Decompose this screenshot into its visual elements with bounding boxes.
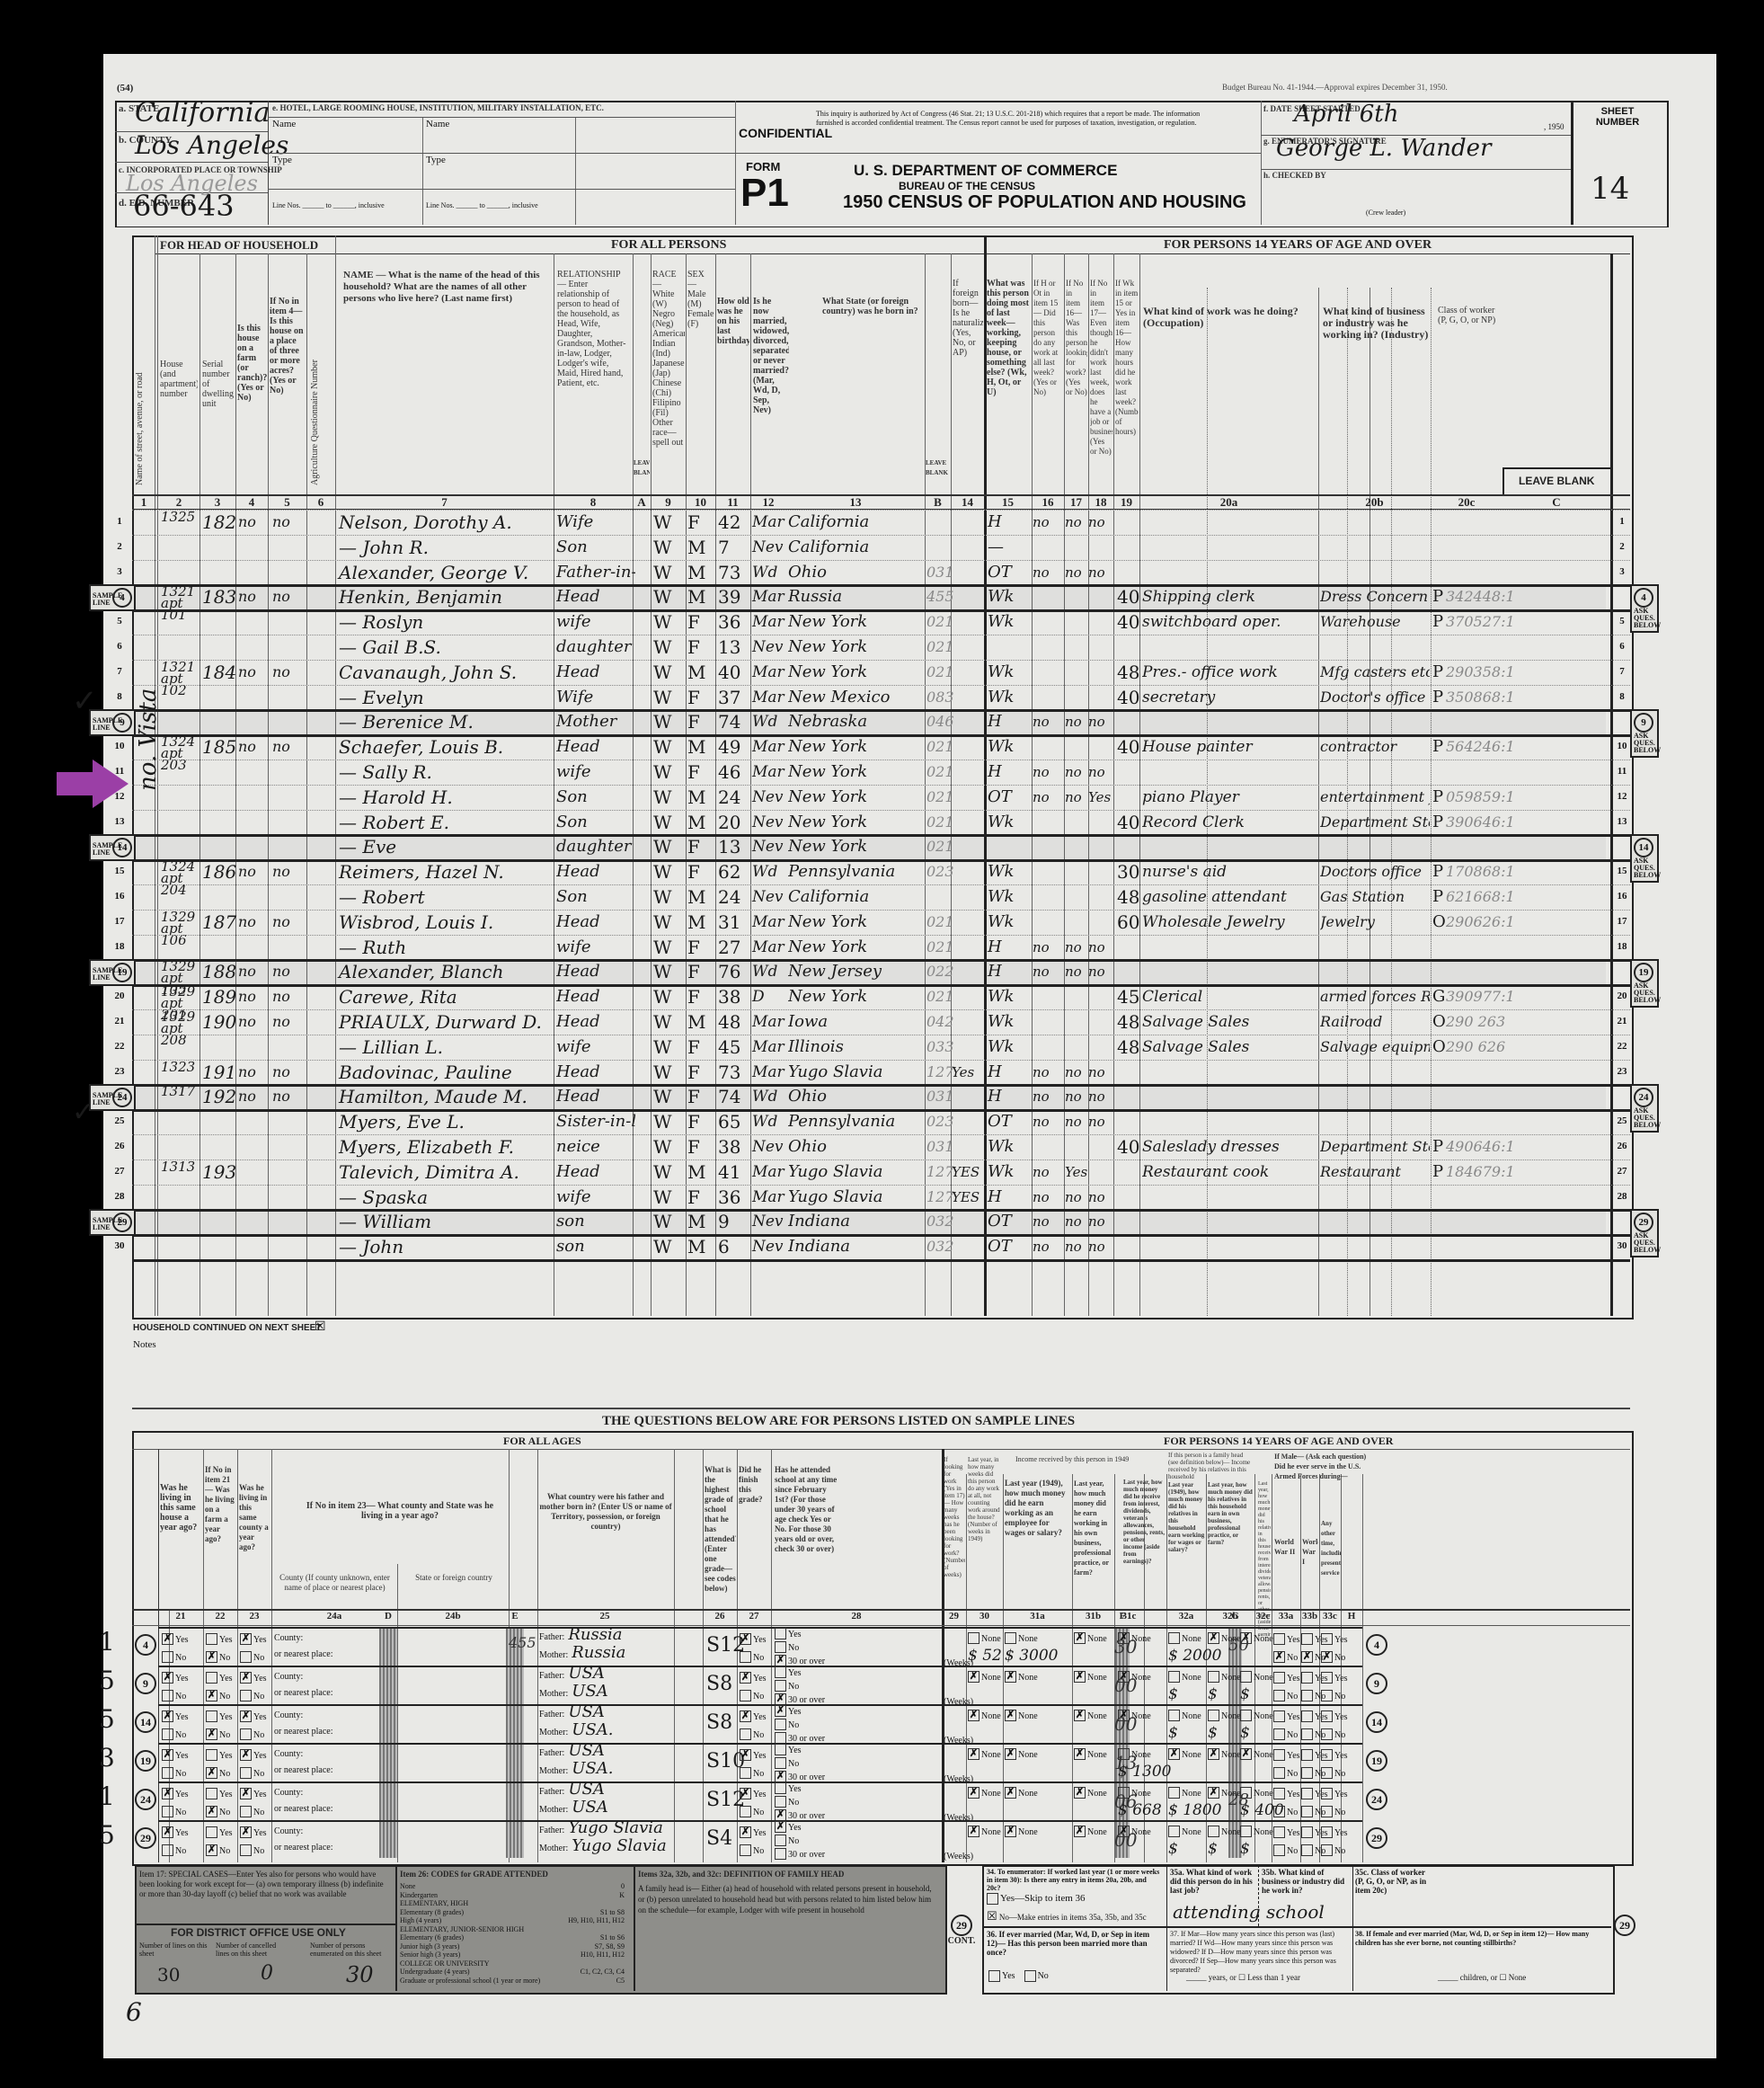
age: 37 <box>718 687 750 708</box>
num-lines-label: Number of lines on this sheet <box>139 1941 211 1958</box>
birthplace-code: 021 <box>926 636 952 658</box>
birthplace-code: 021 <box>926 736 952 758</box>
birthplace: California <box>788 537 926 558</box>
industry-code: 290626:1 <box>1446 911 1522 933</box>
q27-finished-grade[interactable]: ✗YesNo <box>740 1669 767 1705</box>
birthplace-code: 022 <box>926 961 952 982</box>
q22-header: If No in item 21— Was he living on a far… <box>205 1465 236 1544</box>
acres-answer: no <box>272 511 308 533</box>
line-number-right: 17 <box>1611 916 1633 927</box>
line-number-right: 1 <box>1611 516 1633 527</box>
line-number: 2 <box>109 541 130 552</box>
naturalized: Yes <box>952 1062 984 1083</box>
worked-last-week: no <box>1033 1086 1065 1107</box>
q32a-relatives-wages[interactable]: None$ <box>1168 1823 1201 1858</box>
q32c-relatives-other[interactable]: None$ <box>1240 1707 1273 1742</box>
looking-for-work: no <box>1065 1186 1088 1208</box>
race: W <box>653 786 686 808</box>
worked-last-week: no <box>1033 786 1065 808</box>
line-number: 16 <box>109 891 130 902</box>
checked-label: h. CHECKED BY <box>1263 171 1326 180</box>
q27-finished-grade[interactable]: ✗YesNo <box>740 1824 767 1860</box>
sheet-number: 14 <box>1591 171 1629 207</box>
q30-weeks-worked[interactable]: ✗None <box>968 1746 1001 1764</box>
q32b-relatives-business[interactable]: None$ <box>1208 1823 1241 1858</box>
sample-line-tag: SAMPLE LINE4 <box>89 584 136 611</box>
industry: Dress Concern <box>1320 586 1430 608</box>
q23-checkbox[interactable]: ✗YesNo <box>240 1785 267 1821</box>
q32c-relatives-other[interactable]: None$ <box>1240 1823 1273 1858</box>
inst-lines-label-2: Line Nos. ______ to ______, inclusive <box>426 201 538 209</box>
col-num-12: 12 <box>750 495 786 510</box>
activity: Wk <box>988 662 1033 683</box>
ask-below-tag: 14ASK QUES. BELOW <box>1630 834 1659 883</box>
industry: Doctor's office <box>1320 687 1430 708</box>
sex: M <box>687 537 714 558</box>
line-number-right: 12 <box>1611 791 1633 802</box>
q36-yes-checkbox[interactable] <box>988 1970 1000 1982</box>
dwelling-number: 193 <box>202 1161 238 1183</box>
acres-answer: no <box>272 911 308 933</box>
q24a-county-field[interactable]: County:or nearest place: <box>274 1746 333 1778</box>
occupation: Salvage Sales <box>1142 1011 1318 1033</box>
occupation: Wholesale Jewelry <box>1142 911 1318 933</box>
activity: Wk <box>988 1136 1033 1158</box>
farm-answer: no <box>238 586 270 608</box>
q21-checkbox[interactable]: ✗YesNo <box>162 1785 189 1821</box>
worked-last-week: no <box>1033 1062 1065 1083</box>
dwelling-number: 183 <box>202 586 238 608</box>
q22-checkbox[interactable]: Yes✗No <box>206 1824 233 1860</box>
sex: F <box>687 986 714 1008</box>
q31b-business-income[interactable]: ✗None <box>1074 1630 1107 1648</box>
q34-yes-checkbox[interactable] <box>987 1893 998 1905</box>
birthplace-code: 046 <box>926 711 952 733</box>
col-num-20c: 20c <box>1431 495 1503 510</box>
col-13-header: What State (or foreign country) was he b… <box>822 297 921 316</box>
age: 40 <box>718 662 750 683</box>
activity: Wk <box>988 986 1033 1008</box>
q27-finished-grade[interactable]: ✗YesNo <box>740 1708 767 1744</box>
industry: Restaurant <box>1320 1161 1430 1183</box>
q37-answer-line[interactable]: _____ years, or ☐ Less than 1 year <box>1186 1973 1300 1983</box>
q33a-ww2[interactable]: YesNo <box>1273 1785 1300 1821</box>
dwelling-number: 182 <box>202 511 238 533</box>
worked-last-week: no <box>1033 1236 1065 1257</box>
hours-worked: 30 <box>1117 861 1144 883</box>
q34-no[interactable]: ☒ No—Make entries in items 35a, 35b, and… <box>987 1909 1147 1924</box>
institution-label: e. HOTEL, LARGE ROOMING HOUSE, INSTITUTI… <box>272 103 604 112</box>
col-num-18: 18 <box>1088 495 1113 510</box>
household-continued-checkbox[interactable]: ☒ <box>315 1319 326 1335</box>
birthplace-code: 023 <box>926 1111 952 1133</box>
highest-grade: S4 <box>706 1827 732 1850</box>
q31a-wages[interactable]: ✗None <box>1005 1707 1038 1725</box>
person-name: — Lillian L. <box>339 1036 554 1058</box>
industry-code: 290358:1 <box>1446 662 1522 683</box>
crew-leader-label: (Crew leader) <box>1366 209 1405 217</box>
sample-col-num: 33b <box>1300 1611 1319 1622</box>
race: W <box>653 1086 686 1107</box>
q30-weeks-worked[interactable]: None$ 52 <box>968 1630 1002 1665</box>
table-row: 1313— Robert E.SonWM20NevNew York021Wk40… <box>132 810 1606 835</box>
q22-checkbox[interactable]: Yes✗No <box>206 1669 233 1705</box>
section-all-persons: FOR ALL PERSONS <box>611 238 726 253</box>
q31a-wages[interactable]: ✗None <box>1005 1823 1038 1841</box>
dwelling-number: 186 <box>202 861 238 883</box>
birthplace: Iowa <box>788 1011 926 1033</box>
relationship: daughter <box>556 636 635 658</box>
sample-col-num: 27 <box>737 1611 771 1622</box>
has-job: no <box>1088 961 1113 982</box>
q24a-county-field[interactable]: County:or nearest place: <box>274 1784 333 1817</box>
activity: Wk <box>988 1036 1033 1058</box>
q33a-ww2[interactable]: Yes✗No <box>1273 1630 1300 1666</box>
q31a-wages[interactable]: None$ 3000 <box>1005 1630 1059 1665</box>
grade-code-item: COLLEGE OR UNIVERSITY <box>400 1959 625 1968</box>
industry: entertainment field <box>1320 786 1430 808</box>
age: 49 <box>718 736 750 758</box>
person-name: — Berenice M. <box>339 711 554 733</box>
relationship: Head <box>556 986 635 1008</box>
q21-checkbox[interactable]: ✗YesNo <box>162 1708 189 1744</box>
q28-attended-school[interactable]: YesNo✗30 or over <box>775 1781 825 1822</box>
q28-attended-school[interactable]: YesNo✗30 or over <box>775 1743 825 1783</box>
table-row: 1818— RuthwifeWF27MarNew York021Hnonono <box>132 935 1606 960</box>
q32a-relatives-wages[interactable]: None$ <box>1168 1707 1201 1742</box>
q30-header: Last year, in how many weeks did this pe… <box>968 1456 1002 1542</box>
age: 41 <box>718 1161 750 1183</box>
dwelling-number: 189 <box>202 986 238 1008</box>
q24a-county-field[interactable]: County:or nearest place: <box>274 1707 333 1739</box>
q32a-relatives-wages[interactable]: None$ <box>1168 1668 1201 1703</box>
relationship: Head <box>556 861 635 883</box>
q23-checkbox[interactable]: ✗YesNo <box>240 1708 267 1744</box>
person-name: — Robert <box>339 886 554 908</box>
race: W <box>653 1062 686 1083</box>
highest-grade: S8 <box>706 1711 732 1734</box>
relationship: Head <box>556 586 635 608</box>
birthplace: California <box>788 511 926 533</box>
sample-col-num: G <box>1228 1611 1242 1622</box>
hours-worked: 48 <box>1117 886 1144 908</box>
industry-code: 184679:1 <box>1446 1161 1522 1183</box>
race: W <box>653 636 686 658</box>
line-number-right: 28 <box>1611 1191 1633 1202</box>
grade-code-item: Junior high (3 years)S7, S8, S9 <box>400 1942 625 1951</box>
sex: F <box>687 711 714 733</box>
sample-line-circle-right: 9 <box>1366 1673 1387 1694</box>
q32b-relatives-business[interactable]: ✗None <box>1208 1746 1241 1764</box>
person-name: — Sally R. <box>339 761 554 783</box>
birthplace-code: 021 <box>926 836 952 857</box>
q21-checkbox[interactable]: ✗YesNo <box>162 1630 189 1666</box>
birthplace: New York <box>788 736 926 758</box>
q22-checkbox[interactable]: Yes✗No <box>206 1630 233 1666</box>
sex: F <box>687 636 714 658</box>
race: W <box>653 1236 686 1257</box>
family-head-text: A family head is— Either (a) head of hou… <box>638 1883 939 1915</box>
q24a-county-field[interactable]: County:or nearest place: <box>274 1668 333 1701</box>
q32a-relatives-wages[interactable]: ✗None <box>1168 1746 1201 1764</box>
industry: Gas Station <box>1320 886 1430 908</box>
occupation: Clerical <box>1142 986 1318 1008</box>
q22-checkbox[interactable]: Yes✗No <box>206 1785 233 1821</box>
q31b-business-income[interactable]: ✗None <box>1074 1746 1107 1764</box>
col-num-16: 16 <box>1032 495 1064 510</box>
table-row: 2525Myers, Eve L.Sister-in-lawWF65WdPenn… <box>132 1109 1606 1134</box>
marital-status: Mar <box>752 937 788 958</box>
age: 45 <box>718 1036 750 1058</box>
col-num-14: 14 <box>951 495 984 510</box>
marital-status: Nev <box>752 886 788 908</box>
race: W <box>653 1136 686 1158</box>
marital-status: Mar <box>752 511 788 533</box>
relationship: son <box>556 1236 635 1257</box>
house-number: 1325 <box>161 511 201 523</box>
q33c-other-service[interactable]: YesNo <box>1321 1785 1348 1821</box>
q32c-relatives-other[interactable]: None$ <box>1240 1668 1273 1703</box>
col-C-header: LEAVE BLANK <box>1519 475 1594 487</box>
q33c-other-service[interactable]: YesNo <box>1321 1708 1348 1744</box>
q23-checkbox[interactable]: ✗YesNo <box>240 1746 267 1782</box>
sex: F <box>687 1062 714 1083</box>
q32b-relatives-business[interactable]: None$ <box>1208 1668 1241 1703</box>
notes-label: Notes <box>133 1339 156 1350</box>
q31a-wages[interactable]: ✗None <box>1005 1746 1038 1764</box>
q28-attended-school[interactable]: YesNo✗30 or over <box>775 1627 825 1667</box>
q23-checkbox[interactable]: ✗YesNo <box>240 1669 267 1705</box>
form-number: P1 <box>740 171 789 216</box>
q33a-ww2[interactable]: YesNo <box>1273 1746 1300 1782</box>
birthplace: New York <box>788 761 926 783</box>
q33c-other-service[interactable]: Yes✗No <box>1321 1630 1348 1666</box>
race: W <box>653 986 686 1008</box>
q27-finished-grade[interactable]: ✗YesNo <box>740 1746 767 1782</box>
sample-col-num: H <box>1341 1611 1362 1622</box>
q32b-header: Last year, how much money did his relati… <box>1208 1481 1253 1546</box>
worked-last-week: no <box>1033 711 1065 733</box>
industry: Jewelry <box>1320 911 1430 933</box>
mother-birthplace: Mother: Yugo Slavia <box>539 1836 667 1855</box>
sex: F <box>687 611 714 633</box>
sample-col-num: F <box>1115 1611 1130 1622</box>
sex: F <box>687 961 714 982</box>
age: 27 <box>718 937 750 958</box>
activity: Wk <box>988 736 1033 758</box>
cont-marker: 29 CONT. <box>945 1915 978 1946</box>
sample-row: 514✗YesNoYes✗No✗YesNoCounty:or nearest p… <box>0 1704 1764 1743</box>
acres-answer: no <box>272 861 308 883</box>
birthplace-code: 127 <box>926 1062 952 1083</box>
q31a-wages[interactable]: ✗None <box>1005 1668 1038 1686</box>
birthplace-code: 042 <box>926 1011 952 1033</box>
person-name: — Robert E. <box>339 812 554 833</box>
q24a-header: County (If county unknown, enter name of… <box>274 1573 395 1593</box>
birthplace-code: 032 <box>926 1211 952 1232</box>
farm-answer: no <box>238 1086 270 1107</box>
q33c-other-service[interactable]: YesNo <box>1321 1824 1348 1860</box>
age: 13 <box>718 836 750 857</box>
q32c-relatives-other[interactable]: ✗None <box>1240 1746 1273 1764</box>
col-num-1: 1 <box>135 495 153 510</box>
industry: Salvage equipment <box>1320 1036 1430 1058</box>
has-job: no <box>1088 1111 1113 1133</box>
activity: Wk <box>988 1011 1033 1033</box>
col-20b-header: What kind of business or industry was he… <box>1323 306 1431 341</box>
q33a-ww2[interactable]: YesNo <box>1273 1669 1300 1705</box>
q33a-ww2[interactable]: YesNo <box>1273 1824 1300 1860</box>
age: 7 <box>718 537 750 558</box>
col-7-header: NAME — What is the name of the head of t… <box>343 270 550 305</box>
q30-weeks-worked[interactable]: ✗None <box>968 1707 1001 1725</box>
sample-col-num: 31a <box>1003 1611 1072 1622</box>
q28-attended-school[interactable]: ✗YesNo30 or over <box>775 1704 825 1745</box>
line-number-right: 5 <box>1611 616 1633 626</box>
marital-status: Nev <box>752 1211 788 1232</box>
grade-code-item: Undergraduate (4 years)C1, C2, C3, C4 <box>400 1968 625 1977</box>
birthplace: New York <box>788 662 926 683</box>
q31b-business-income[interactable]: ✗None <box>1074 1707 1107 1725</box>
birthplace: Ohio <box>788 562 926 583</box>
person-name: — Harold H. <box>339 786 554 808</box>
q22-checkbox[interactable]: Yes✗No <box>206 1708 233 1744</box>
worked-last-week: no <box>1033 1111 1065 1133</box>
q30-weeks-worked[interactable]: ✗None <box>968 1823 1001 1841</box>
q34-no-checkbox[interactable]: ☒ <box>987 1909 997 1923</box>
code-F: 30 <box>1114 1636 1137 1657</box>
sample-line-tag: SAMPLE LINE19 <box>89 959 136 986</box>
acres-answer: no <box>272 586 308 608</box>
q27-finished-grade[interactable]: ✗YesNo <box>740 1785 767 1821</box>
industry-code: 342448:1 <box>1446 586 1522 608</box>
sex: M <box>687 562 714 583</box>
q34-yes[interactable]: Yes—Skip to item 36 <box>987 1893 1086 1905</box>
q31a-wages[interactable]: ✗None <box>1005 1784 1038 1802</box>
sample-col-num: 21 <box>158 1611 203 1622</box>
activity: H <box>988 1186 1033 1208</box>
birthplace: Russia <box>788 586 926 608</box>
table-row: 27271313193Talevich, Dimitra A.HeadWM41M… <box>132 1160 1606 1185</box>
industry-code: 170868:1 <box>1446 861 1522 883</box>
q30-weeks-worked[interactable]: ✗None <box>968 1784 1001 1802</box>
form-code: (54) <box>117 83 133 93</box>
looking-for-work: no <box>1065 511 1088 533</box>
q24a-county-field[interactable]: County:or nearest place: <box>274 1823 333 1855</box>
farm-answer: no <box>238 662 270 683</box>
person-name: Hamilton, Maude M. <box>339 1086 554 1107</box>
q30-weeks-worked[interactable]: ✗None <box>968 1668 1001 1686</box>
sex: F <box>687 687 714 708</box>
farm-answer: no <box>238 861 270 883</box>
race: W <box>653 511 686 533</box>
has-job: no <box>1088 1211 1113 1232</box>
age: 74 <box>718 711 750 733</box>
looking-for-work: no <box>1065 937 1088 958</box>
farm-answer: no <box>238 986 270 1008</box>
q21-checkbox[interactable]: ✗YesNo <box>162 1746 189 1782</box>
q24a-county-field[interactable]: County:or nearest place: <box>274 1630 333 1662</box>
line-number-right: 23 <box>1611 1066 1633 1077</box>
farm-answer: no <box>238 1011 270 1033</box>
relationship: wife <box>556 1036 635 1058</box>
q36-no-checkbox[interactable] <box>1024 1970 1036 1982</box>
q33a-ww2[interactable]: YesNo <box>1273 1708 1300 1744</box>
num-lines-value: 30 <box>157 1964 180 1986</box>
q21-checkbox[interactable]: ✗YesNo <box>162 1669 189 1705</box>
q21-checkbox[interactable]: ✗YesNo <box>162 1824 189 1860</box>
q33b-header: World War I <box>1302 1537 1318 1567</box>
date-value: April 6th <box>1294 101 1398 128</box>
naturalized: YES <box>952 1186 984 1208</box>
table-row: 33Alexander, George V.Father-in-lawWM73W… <box>132 560 1606 585</box>
relationship: Sister-in-law <box>556 1111 635 1133</box>
q38-answer-line[interactable]: _____ children, or ☐ None <box>1438 1973 1526 1983</box>
col-num-C: C <box>1503 495 1610 510</box>
line-number-right: 15 <box>1611 866 1633 876</box>
q31b-business-income[interactable]: ✗None <box>1074 1823 1107 1841</box>
line-number: 30 <box>109 1240 130 1251</box>
birthplace: Ohio <box>788 1086 926 1107</box>
relationship: Head <box>556 662 635 683</box>
race: W <box>653 1111 686 1133</box>
ask-below-tag: 4ASK QUES. BELOW <box>1630 584 1659 633</box>
q22-checkbox[interactable]: Yes✗No <box>206 1746 233 1782</box>
activity: OT <box>988 1236 1033 1257</box>
industry-code: 621668:1 <box>1446 886 1522 908</box>
q23-checkbox[interactable]: ✗YesNo <box>240 1630 267 1666</box>
code-E: 455 <box>509 1634 536 1652</box>
q28-attended-school[interactable]: YesNo✗30 or over <box>775 1666 825 1706</box>
marital-status: Nev <box>752 836 788 857</box>
ed-value: 66-643 <box>133 189 235 223</box>
q33c-other-service[interactable]: YesNo <box>1321 1746 1348 1782</box>
ask-below-tag: 9ASK QUES. BELOW <box>1630 709 1659 758</box>
q35a-answer: attending school <box>1173 1901 1325 1923</box>
q23-checkbox[interactable]: ✗YesNo <box>240 1824 267 1860</box>
q33c-other-service[interactable]: YesNo <box>1321 1669 1348 1705</box>
q31b-business-income[interactable]: ✗None <box>1074 1784 1107 1802</box>
birthplace: New York <box>788 812 926 833</box>
q29-weeks[interactable]: (Weeks) <box>944 1847 973 1863</box>
birthplace: Illinois <box>788 1036 926 1058</box>
person-name: — Gail B.S. <box>339 636 554 658</box>
race: W <box>653 1036 686 1058</box>
q28-attended-school[interactable]: ✗YesNo30 or over <box>775 1820 825 1861</box>
relationship: Head <box>556 961 635 982</box>
marital-status: Wd <box>752 711 788 733</box>
sample-col-num: 25 <box>537 1611 672 1622</box>
birthplace: New York <box>788 986 926 1008</box>
q27-finished-grade[interactable]: ✗YesNo <box>740 1630 767 1666</box>
col-num-9: 9 <box>651 495 686 510</box>
marital-status: Mar <box>752 736 788 758</box>
sample-margin-number: 5 <box>99 1820 115 1850</box>
father-birthplace: Father: USA <box>539 1741 605 1760</box>
col-num-10: 10 <box>686 495 715 510</box>
age: 62 <box>718 861 750 883</box>
looking-for-work: no <box>1065 1062 1088 1083</box>
dwelling-number: 192 <box>202 1086 238 1107</box>
q31b-business-income[interactable]: ✗None <box>1074 1668 1107 1686</box>
for-14-over-label: FOR PERSONS 14 YEARS OF AGE AND OVER <box>1164 1435 1393 1448</box>
relationship: Head <box>556 1011 635 1033</box>
line-number-right: 25 <box>1611 1115 1633 1126</box>
col-num-17: 17 <box>1064 495 1088 510</box>
q32b-relatives-business[interactable]: None$ <box>1208 1707 1241 1742</box>
sex: M <box>687 1236 714 1257</box>
col-20c-header: Class of worker (P, G, O, or NP) <box>1438 306 1501 325</box>
